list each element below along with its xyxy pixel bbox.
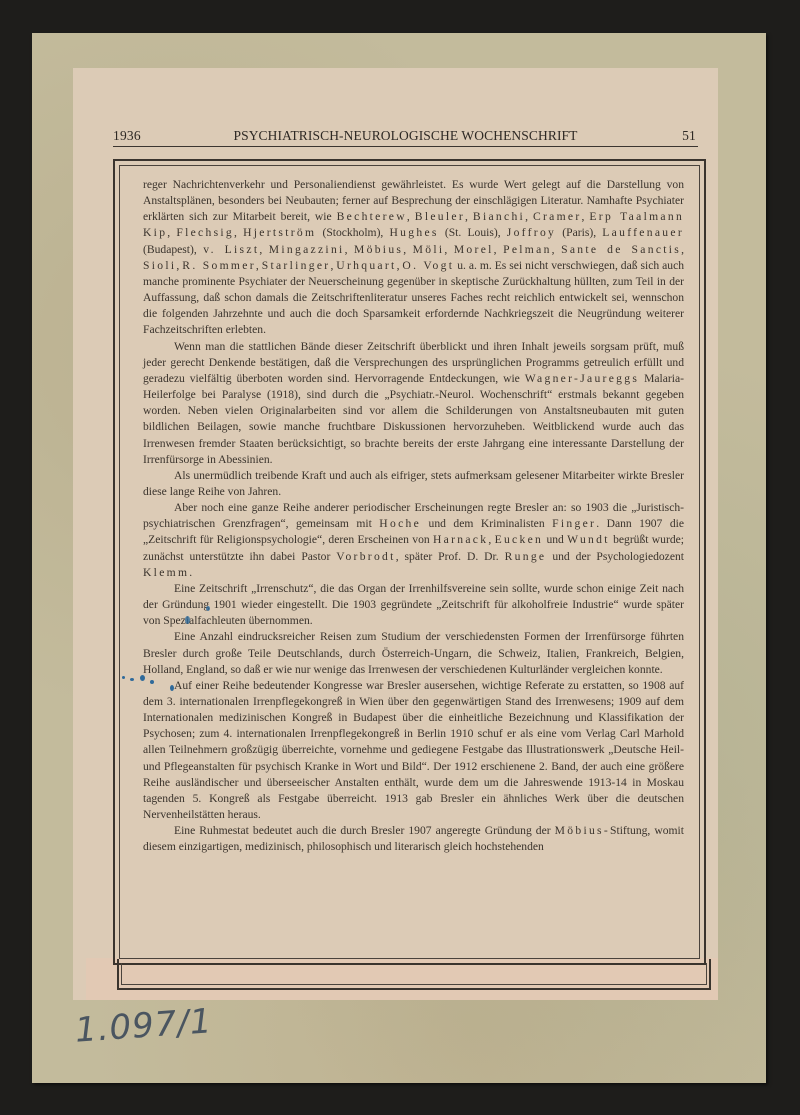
text-run: , (259, 243, 268, 256)
text-run: , (407, 210, 415, 223)
spaced-name: v. Liszt (203, 243, 259, 256)
spaced-name: Lauffenauer (602, 226, 684, 239)
spaced-name: Mingaz­zini (269, 243, 345, 256)
spaced-name: Urhquart (336, 259, 396, 272)
spaced-name: Cramer (533, 210, 582, 223)
ink-mark (206, 606, 210, 611)
spaced-name: Vorbrodt (336, 550, 395, 563)
paragraph: Als unermüdlich treibende Kraft und auch… (143, 468, 684, 500)
text-run: . (189, 566, 192, 579)
spaced-name: Finger (552, 517, 596, 530)
text-run: (St. Louis), (439, 226, 507, 239)
spaced-name: Runge (505, 550, 547, 563)
text-run: , (444, 243, 453, 256)
text-run: und (543, 533, 567, 546)
ink-mark (140, 675, 145, 681)
spaced-name: Bleuler (415, 210, 465, 223)
text-run: Eine Anzahl eindrucksreicher Reisen zum … (143, 630, 684, 675)
paragraph: Eine Ruhmestat bedeutet auch die durch B… (143, 823, 684, 855)
text-run: , (403, 243, 412, 256)
text-run: (Paris), (556, 226, 602, 239)
text-run: , (525, 210, 533, 223)
spaced-name: Hjertström (243, 226, 316, 239)
spaced-name: Sante de Sanctis (561, 243, 681, 256)
spaced-name: Harnack (433, 533, 488, 546)
spaced-name: Möbius (354, 243, 403, 256)
paragraph: Wenn man die stattlichen Bände dieser Ze… (143, 339, 684, 468)
text-run: , (552, 243, 561, 256)
spaced-name: Eucken (495, 533, 544, 546)
text-run: , (494, 243, 503, 256)
ink-mark (185, 616, 190, 624)
spaced-name: Morel (454, 243, 494, 256)
text-run: (Stockholm), (316, 226, 389, 239)
ink-mark (130, 678, 134, 681)
text-run: Als unermüdlich treibende Kraft und auch… (143, 469, 684, 498)
paragraph: reger Nachrichtenverkehr und Personalien… (143, 177, 684, 339)
text-run: Eine Ruhmestat bedeutet auch die durch B… (174, 824, 555, 837)
text-run: , (681, 243, 684, 256)
spaced-name: Bianchi (473, 210, 525, 223)
running-header: 1936 PSYCHIATRISCH-NEUROLOGISCHE WOCHENS… (113, 128, 698, 147)
spaced-name: O. Vogt (402, 259, 454, 272)
spaced-name: Pelman (503, 243, 552, 256)
text-run: (Budapest), (143, 243, 203, 256)
text-run: , (465, 210, 473, 223)
journal-title: PSYCHIATRISCH-NEUROLOGISCHE WOCHENSCHRIF… (113, 128, 698, 144)
spaced-name: Klemm (143, 566, 189, 579)
text-run: und dem Kriminalisten (421, 517, 552, 530)
spaced-name: Bechterew (337, 210, 407, 223)
paragraph: Aber noch eine ganze Reihe anderer perio… (143, 500, 684, 581)
ink-mark (150, 680, 154, 684)
paragraph: Auf einer Reihe bedeutender Kongresse wa… (143, 678, 684, 823)
spaced-name: Hoche (379, 517, 421, 530)
text-run: Eine Zeitschrift „Irrenschutz“, die das … (143, 582, 684, 627)
text-run: , (345, 243, 354, 256)
text-run: , (167, 226, 176, 239)
paragraph: Eine Anzahl eindrucksreicher Reisen zum … (143, 629, 684, 677)
spaced-name: Hughes (389, 226, 438, 239)
spaced-name: Sioli (143, 259, 176, 272)
text-run: und der Psychologiedozent (546, 550, 684, 563)
spaced-name: Wundt (567, 533, 610, 546)
ink-mark (122, 676, 125, 679)
spaced-name: Möbius- (555, 824, 610, 837)
spaced-name: R. Sommer (182, 259, 256, 272)
article-body: reger Nachrichtenverkehr und Personalien… (143, 177, 684, 856)
page-number: 51 (682, 128, 696, 144)
text-run: Auf einer Reihe bedeutender Kongresse wa… (143, 679, 684, 821)
text-run: , später Prof. D. Dr. (396, 550, 505, 563)
spaced-name: Möli (413, 243, 445, 256)
spaced-name: Joffroy (507, 226, 556, 239)
paragraph: Eine Zeitschrift „Irrenschutz“, die das … (143, 581, 684, 629)
lower-frame-inner-border (121, 963, 707, 985)
text-run: Malaria-Heilerfolge bei Paralyse (1918),… (143, 372, 684, 466)
spaced-name: Wagner-Jaureggs (525, 372, 639, 385)
ink-mark (170, 685, 174, 691)
spaced-name: Flechsig (176, 226, 234, 239)
spaced-name: Starlinger (262, 259, 331, 272)
text-run: , (234, 226, 243, 239)
